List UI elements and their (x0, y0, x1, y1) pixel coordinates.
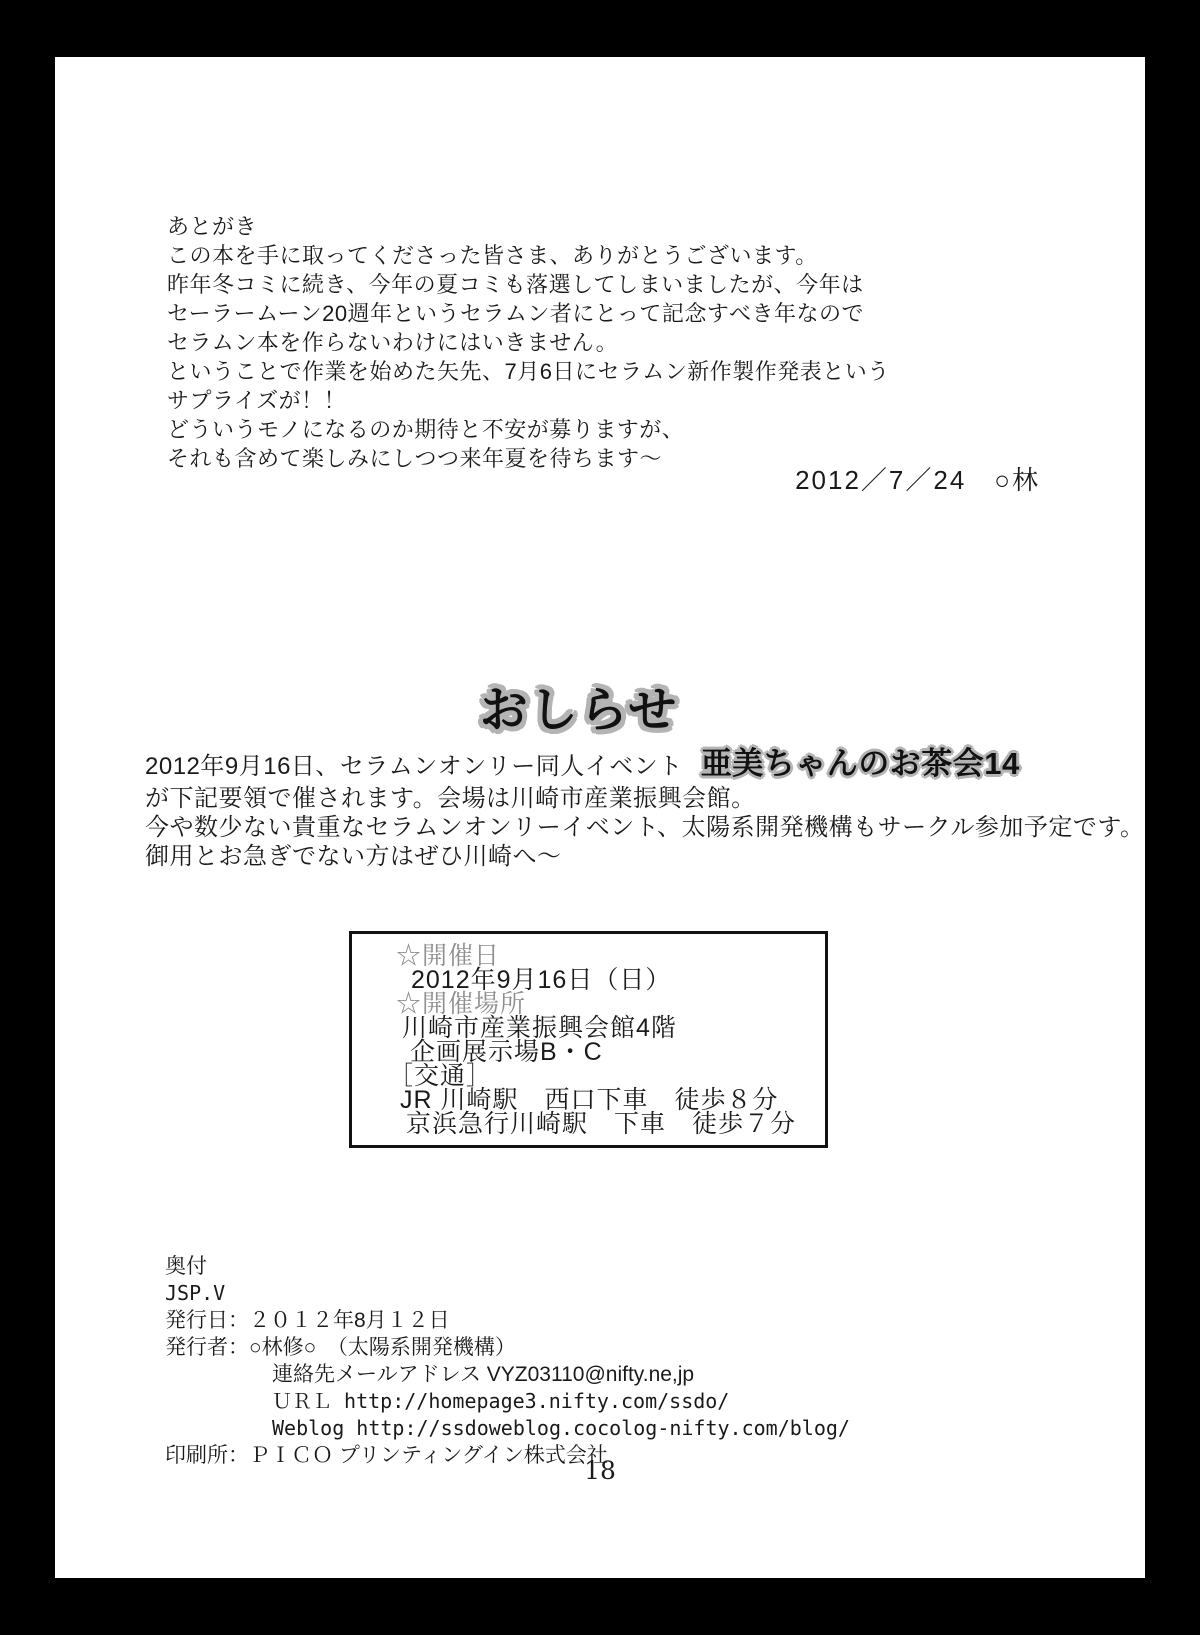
page: あとがき この本を手に取ってくださった皆さま、ありがとうございます。 昨年冬コミ… (55, 57, 1145, 1578)
notice-intro-prefix: 2012年9月16日、セラムンオンリー同人イベント (145, 753, 683, 780)
afterword-line: 昨年冬コミに続き、今年の夏コミも落選してしまいましたが、今年は (167, 270, 890, 299)
afterword-line: セーラームーン20週年というセラムン者にとって記念すべき年なので (167, 299, 890, 328)
notice-section: 2012年9月16日、セラムンオンリー同人イベント亜美ちゃんのお茶会14 が下記… (145, 747, 1144, 871)
event-access-line: JR 川崎駅 西口下車 徒歩８分 (352, 1088, 825, 1112)
page-number: 18 (55, 1457, 1145, 1485)
event-date-value: 2012年9月16日（日） (352, 968, 825, 992)
colophon-heading: 奥付 (165, 1253, 850, 1280)
event-detail-box: ☆開催日 2012年9月16日（日） ☆開催場所 川崎市産業振興会館4階 企画展… (349, 931, 828, 1148)
event-name-highlight: 亜美ちゃんのお茶会14 (701, 746, 1020, 781)
event-place-value: 川崎市産業振興会館4階 (352, 1016, 825, 1040)
notice-line: 御用とお急ぎでない方はぜひ川崎へ～ (145, 842, 1144, 871)
notice-title: おしらせ (55, 679, 1103, 743)
afterword-heading: あとがき (167, 212, 890, 241)
colophon-weblog: Weblog http://ssdoweblog.cocolog-nifty.c… (165, 1415, 850, 1442)
colophon-series-code: JSP.V (165, 1280, 850, 1307)
afterword-line: この本を手に取ってくださった皆さま、ありがとうございます。 (167, 241, 890, 270)
event-date-label: ☆開催日 (352, 944, 825, 968)
scanned-page-background: { "afterword": { "heading": "あとがき", "lin… (0, 0, 1200, 1635)
colophon-publisher: 発行者：○林修○ （太陽系開発機構） (165, 1334, 850, 1361)
colophon-section: 奥付 JSP.V 発行日：２０１２年8月１２日 発行者：○林修○ （太陽系開発機… (165, 1253, 850, 1469)
afterword-line: どういうモノになるのか期待と不安が募りますが、 (167, 415, 890, 444)
notice-line: が下記要領で催されます。会場は川崎市産業振興会館。 (145, 784, 1144, 813)
afterword-line: ということで作業を始めた矢先、7月6日にセラムン新作製作発表という (167, 357, 890, 386)
colophon-email: 連絡先メールアドレス VYZ03110@nifty.ne,jp (165, 1361, 850, 1388)
notice-line: 今や数少ない貴重なセラムンオンリーイベント、太陽系開発機構もサークル参加予定です… (145, 813, 1144, 842)
signature-date: 2012／7／24 ○林 (55, 465, 1040, 495)
afterword-line: セラムン本を作らないわけにはいきません。 (167, 328, 890, 357)
event-access-label: ［交通］ (352, 1064, 825, 1088)
colophon-publish-date: 発行日：２０１２年8月１２日 (165, 1307, 850, 1334)
notice-intro-line: 2012年9月16日、セラムンオンリー同人イベント亜美ちゃんのお茶会14 (145, 747, 1144, 784)
event-access-line: 京浜急行川崎駅 下車 徒歩７分 (352, 1112, 825, 1136)
event-hall-value: 企画展示場B・C (352, 1040, 825, 1064)
afterword-section: あとがき この本を手に取ってくださった皆さま、ありがとうございます。 昨年冬コミ… (167, 212, 890, 473)
event-place-label: ☆開催場所 (352, 992, 825, 1016)
afterword-line: サプライズが！！ (167, 386, 890, 415)
colophon-url: ＵＲＬ http://homepage3.nifty.com/ssdo/ (165, 1388, 850, 1415)
